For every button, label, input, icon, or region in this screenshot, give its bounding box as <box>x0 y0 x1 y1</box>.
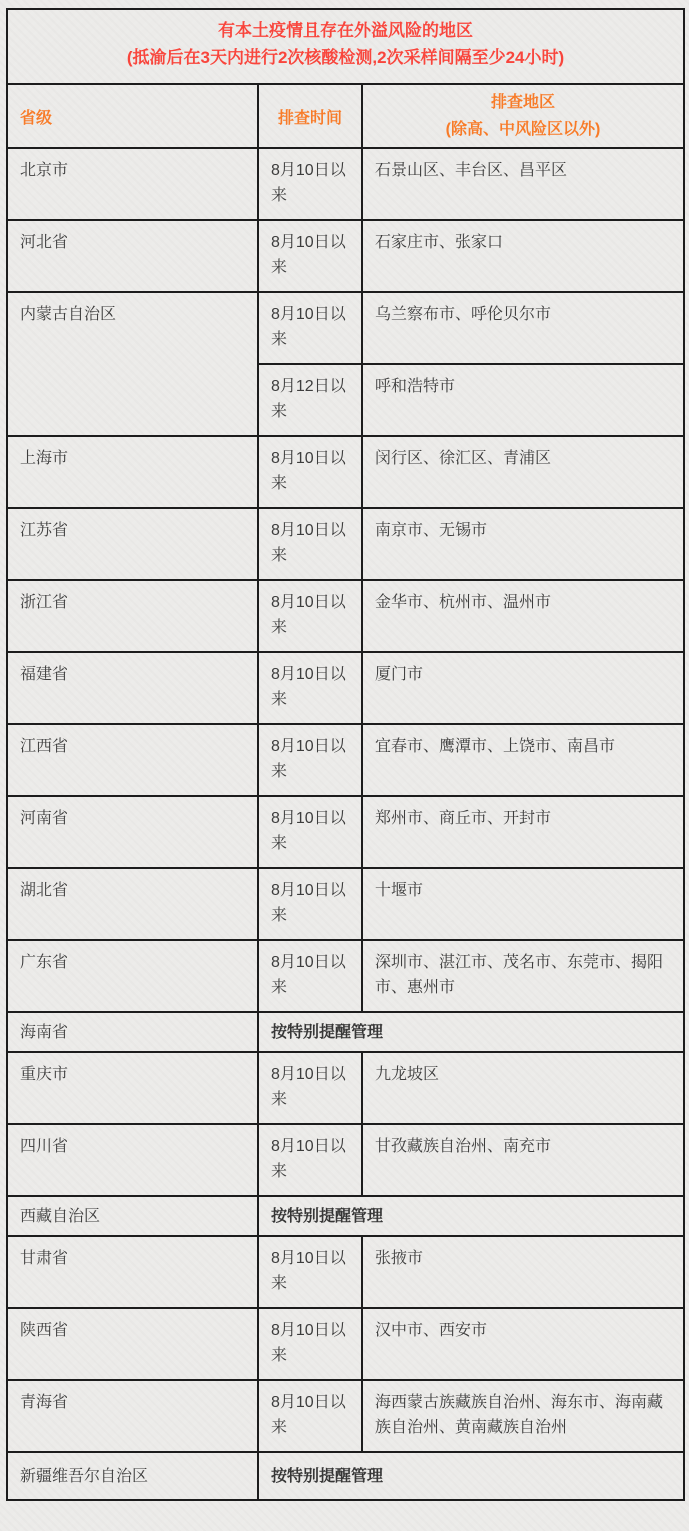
table-row: 甘肃省8月10日以来张掖市 <box>7 1236 684 1308</box>
table-row: 广东省8月10日以来深圳市、湛江市、茂名市、东莞市、揭阳市、惠州市 <box>7 940 684 1012</box>
region-cell: 郑州市、商丘市、开封市 <box>362 796 684 868</box>
province-cell: 湖北省 <box>7 868 258 940</box>
province-cell: 北京市 <box>7 148 258 220</box>
time-cell: 8月12日以来 <box>258 364 362 436</box>
table-row: 河南省8月10日以来郑州市、商丘市、开封市 <box>7 796 684 868</box>
region-cell: 呼和浩特市 <box>362 364 684 436</box>
province-cell: 海南省 <box>7 1012 258 1052</box>
header-region-title: 排查地区 <box>369 89 677 116</box>
table-row: 湖北省8月10日以来十堰市 <box>7 868 684 940</box>
title-cell: 有本土疫情且存在外溢风险的地区 (抵渝后在3天内进行2次核酸检测,2次采样间隔至… <box>7 9 684 84</box>
title-row: 有本土疫情且存在外溢风险的地区 (抵渝后在3天内进行2次核酸检测,2次采样间隔至… <box>7 9 684 84</box>
province-cell: 福建省 <box>7 652 258 724</box>
table-row: 陕西省8月10日以来汉中市、西安市 <box>7 1308 684 1380</box>
province-cell: 西藏自治区 <box>7 1196 258 1236</box>
time-cell: 8月10日以来 <box>258 1380 362 1452</box>
province-cell: 广东省 <box>7 940 258 1012</box>
table-row: 上海市8月10日以来闵行区、徐汇区、青浦区 <box>7 436 684 508</box>
table-row: 青海省8月10日以来海西蒙古族藏族自治州、海东市、海南藏族自治州、黄南藏族自治州 <box>7 1380 684 1452</box>
special-note-cell: 按特别提醒管理 <box>258 1196 684 1236</box>
time-cell: 8月10日以来 <box>258 436 362 508</box>
region-cell: 金华市、杭州市、温州市 <box>362 580 684 652</box>
time-cell: 8月10日以来 <box>258 1124 362 1196</box>
time-cell: 8月10日以来 <box>258 148 362 220</box>
province-cell: 甘肃省 <box>7 1236 258 1308</box>
province-cell: 陕西省 <box>7 1308 258 1380</box>
province-cell: 内蒙古自治区 <box>7 292 258 436</box>
region-cell: 甘孜藏族自治州、南充市 <box>362 1124 684 1196</box>
header-region: 排查地区 (除高、中风险区以外) <box>362 84 684 148</box>
table-row: 北京市8月10日以来石景山区、丰台区、昌平区 <box>7 148 684 220</box>
time-cell: 8月10日以来 <box>258 1052 362 1124</box>
region-cell: 闵行区、徐汇区、青浦区 <box>362 436 684 508</box>
time-cell: 8月10日以来 <box>258 1236 362 1308</box>
table-row: 河北省8月10日以来石家庄市、张家口 <box>7 220 684 292</box>
region-cell: 宜春市、鹰潭市、上饶市、南昌市 <box>362 724 684 796</box>
province-cell: 河南省 <box>7 796 258 868</box>
table-row: 江苏省8月10日以来南京市、无锡市 <box>7 508 684 580</box>
province-cell: 上海市 <box>7 436 258 508</box>
region-cell: 石景山区、丰台区、昌平区 <box>362 148 684 220</box>
table-row: 内蒙古自治区8月10日以来乌兰察布市、呼伦贝尔市 <box>7 292 684 364</box>
risk-area-table: 有本土疫情且存在外溢风险的地区 (抵渝后在3天内进行2次核酸检测,2次采样间隔至… <box>6 8 685 1501</box>
time-cell: 8月10日以来 <box>258 508 362 580</box>
province-cell: 青海省 <box>7 1380 258 1452</box>
province-cell: 江西省 <box>7 724 258 796</box>
time-cell: 8月10日以来 <box>258 1308 362 1380</box>
province-cell: 重庆市 <box>7 1052 258 1124</box>
special-note-cell: 按特别提醒管理 <box>258 1452 684 1500</box>
table-row: 西藏自治区按特别提醒管理 <box>7 1196 684 1236</box>
time-cell: 8月10日以来 <box>258 796 362 868</box>
region-cell: 张掖市 <box>362 1236 684 1308</box>
header-row: 省级 排查时间 排查地区 (除高、中风险区以外) <box>7 84 684 148</box>
time-cell: 8月10日以来 <box>258 652 362 724</box>
special-note-cell: 按特别提醒管理 <box>258 1012 684 1052</box>
region-cell: 石家庄市、张家口 <box>362 220 684 292</box>
province-cell: 四川省 <box>7 1124 258 1196</box>
region-cell: 汉中市、西安市 <box>362 1308 684 1380</box>
region-cell: 海西蒙古族藏族自治州、海东市、海南藏族自治州、黄南藏族自治州 <box>362 1380 684 1452</box>
table-row: 新疆维吾尔自治区按特别提醒管理 <box>7 1452 684 1500</box>
region-cell: 九龙坡区 <box>362 1052 684 1124</box>
region-cell: 深圳市、湛江市、茂名市、东莞市、揭阳市、惠州市 <box>362 940 684 1012</box>
header-region-note: (除高、中风险区以外) <box>369 116 677 143</box>
spillover-risk-table: 有本土疫情且存在外溢风险的地区 (抵渝后在3天内进行2次核酸检测,2次采样间隔至… <box>6 8 685 1501</box>
table-row: 浙江省8月10日以来金华市、杭州市、温州市 <box>7 580 684 652</box>
time-cell: 8月10日以来 <box>258 580 362 652</box>
table-row: 福建省8月10日以来厦门市 <box>7 652 684 724</box>
province-cell: 江苏省 <box>7 508 258 580</box>
province-cell: 新疆维吾尔自治区 <box>7 1452 258 1500</box>
province-cell: 河北省 <box>7 220 258 292</box>
table-subtitle: (抵渝后在3天内进行2次核酸检测,2次采样间隔至少24小时) <box>16 44 675 71</box>
table-title: 有本土疫情且存在外溢风险的地区 <box>16 17 675 44</box>
time-cell: 8月10日以来 <box>258 292 362 364</box>
time-cell: 8月10日以来 <box>258 940 362 1012</box>
table-row: 重庆市8月10日以来九龙坡区 <box>7 1052 684 1124</box>
region-cell: 厦门市 <box>362 652 684 724</box>
time-cell: 8月10日以来 <box>258 220 362 292</box>
header-time: 排查时间 <box>258 84 362 148</box>
table-row: 四川省8月10日以来甘孜藏族自治州、南充市 <box>7 1124 684 1196</box>
region-cell: 乌兰察布市、呼伦贝尔市 <box>362 292 684 364</box>
header-province: 省级 <box>7 84 258 148</box>
time-cell: 8月10日以来 <box>258 724 362 796</box>
region-cell: 十堰市 <box>362 868 684 940</box>
time-cell: 8月10日以来 <box>258 868 362 940</box>
region-cell: 南京市、无锡市 <box>362 508 684 580</box>
province-cell: 浙江省 <box>7 580 258 652</box>
table-body: 有本土疫情且存在外溢风险的地区 (抵渝后在3天内进行2次核酸检测,2次采样间隔至… <box>7 9 684 1500</box>
table-row: 海南省按特别提醒管理 <box>7 1012 684 1052</box>
table-row: 江西省8月10日以来宜春市、鹰潭市、上饶市、南昌市 <box>7 724 684 796</box>
